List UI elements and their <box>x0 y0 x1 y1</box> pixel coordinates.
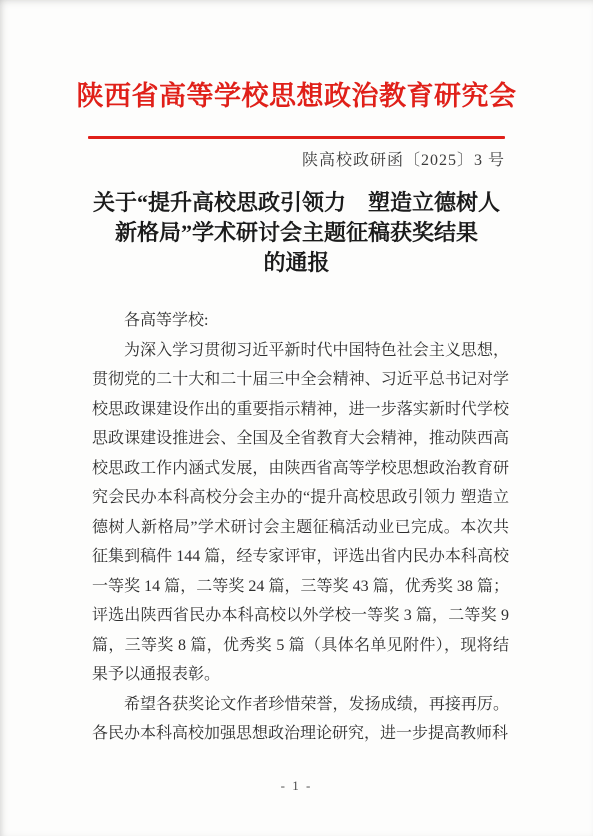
issuing-org-name: 陕西省高等学校思想政治教育研究会 <box>0 74 593 113</box>
document-reference-number: 陕高校政研函〔2025〕3 号 <box>302 147 505 170</box>
document-title-line-2: 新格局”学术研讨会主题征稿获奖结果 <box>40 218 553 248</box>
document-title-line-3: 的通报 <box>40 248 553 278</box>
document-title: 关于“提升高校思政引领力 塑造立德树人 新格局”学术研讨会主题征稿获奖结果 的通… <box>40 188 553 278</box>
body-paragraph-1: 为深入学习贯彻习近平新时代中国特色社会主义思想，贯彻党的二十大和二十届三中全会精… <box>92 336 509 690</box>
document-body: 各高等学校: 为深入学习贯彻习近平新时代中国特色社会主义思想，贯彻党的二十大和二… <box>92 306 509 749</box>
red-header-divider <box>88 136 505 139</box>
body-paragraph-2: 希望各获奖论文作者珍惜荣誉，发扬成绩，再接再厉。各民办本科高校加强思想政治理论研… <box>92 690 509 749</box>
page-number: - 1 - <box>0 778 593 794</box>
document-scan-page: 陕西省高等学校思想政治教育研究会 陕高校政研函〔2025〕3 号 关于“提升高校… <box>0 0 593 836</box>
document-title-line-1: 关于“提升高校思政引领力 塑造立德树人 <box>40 188 553 218</box>
salutation: 各高等学校: <box>92 306 509 336</box>
